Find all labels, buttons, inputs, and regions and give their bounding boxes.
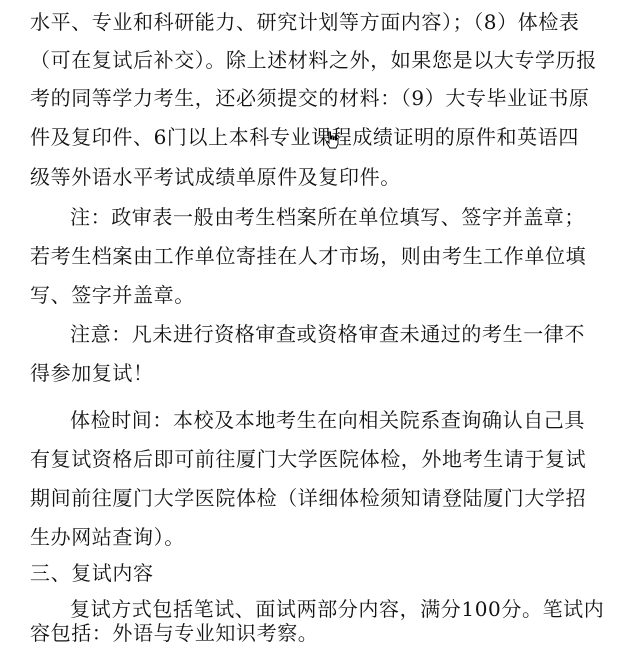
text-line: 得参加复试！ <box>30 361 154 385</box>
text-line: 写、签字并盖章。 <box>30 283 195 307</box>
warning-paragraph-line: 注意：凡未进行资格审查或资格审查未通过的考生一律不 <box>70 322 585 346</box>
content-paragraph-line: 复试方式包括笔试、面试两部分内容，满分100分。笔试内 <box>70 597 604 621</box>
hand-pointer-icon <box>325 131 339 149</box>
text-line: 期间前往厦门大学医院体检（详细体检须知请登陆厦门大学招 <box>30 486 586 510</box>
note-paragraph-line: 注：政审表一般由考生档案所在单位填写、签字并盖章； <box>70 205 585 229</box>
text-line: 若考生档案由工作单位寄挂在人才市场，则由考生工作单位填 <box>30 244 586 268</box>
text-line: 有复试资格后即可前往厦门大学医院体检，外地考生请于复试 <box>30 447 586 471</box>
text-line: 水平、专业和科研能力、研究计划等方面内容）；（8）体检表 <box>30 10 580 34</box>
text-line: （可在复试后补交）。除上述材料之外，如果您是以大专学历报 <box>30 48 597 72</box>
section-heading: 三、复试内容 <box>30 561 154 585</box>
text-line: 容包括：外语与专业知识考察。 <box>30 621 318 645</box>
text-line: 件及复印件、6门以上本科专业课程成绩证明的原件和英语四 <box>30 125 579 149</box>
text-line: 生办网站查询）。 <box>30 525 185 549</box>
exam-time-paragraph-line: 体检时间：本校及本地考生在向相关院系查询确认自己具 <box>70 408 585 432</box>
text-line: 级等外语水平考试成绩单原件及复印件。 <box>30 165 401 189</box>
text-line: 考的同等学力考生，还必须提交的材料：（9）大专毕业证书原 <box>30 86 590 110</box>
